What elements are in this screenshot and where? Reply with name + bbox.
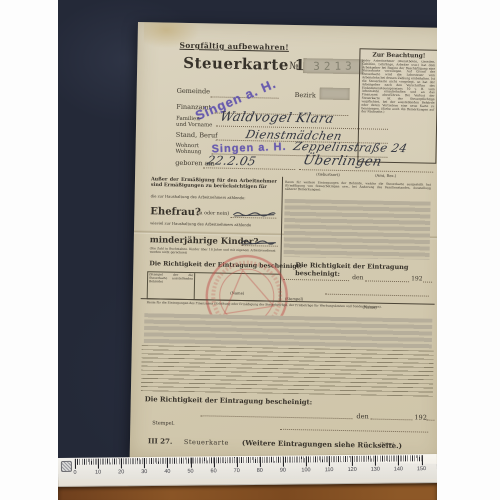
ruler-tick bbox=[144, 458, 145, 468]
card-number-label: № bbox=[289, 61, 299, 72]
card-number-value: 3213 bbox=[303, 59, 363, 73]
ruler-tick bbox=[190, 458, 191, 468]
year-label-right: 192 bbox=[411, 275, 423, 282]
ruler-number: 0 bbox=[68, 470, 82, 476]
ruler-tick bbox=[237, 457, 238, 467]
date-line-bottom-1 bbox=[200, 415, 352, 419]
den-label-bottom: den bbox=[356, 412, 368, 420]
ruler-scale: 0102030405060708090100110120130140150 bbox=[58, 454, 437, 487]
ruler-number: 120 bbox=[345, 467, 359, 473]
ruler-tick bbox=[329, 456, 330, 466]
ruler-tick bbox=[75, 459, 76, 469]
notice-body: Jeder Arbeitnehmer (Dienstboten, Geselle… bbox=[361, 59, 435, 115]
stempel-label-bottom: Stempel. bbox=[152, 420, 175, 426]
handwritten-strike-kinder bbox=[240, 238, 278, 247]
keep-note: Sorgfältig aufbewahren! bbox=[179, 41, 289, 52]
mid-left-intro: Außer der Ermäßigung für den Arbeitnehme… bbox=[151, 176, 277, 190]
ruler-tick bbox=[375, 456, 376, 466]
date-line-right-2 bbox=[365, 280, 409, 282]
form-number: III 27. bbox=[148, 436, 173, 445]
geboren-line-1 bbox=[203, 167, 295, 170]
field-label-name: Familien- und Vorname bbox=[176, 116, 213, 129]
ruler-tick bbox=[352, 456, 353, 466]
date-line-right-3 bbox=[423, 282, 432, 283]
ruler-number: 130 bbox=[368, 467, 382, 473]
ruler-tick bbox=[213, 457, 214, 467]
handwriting-name: Waldvogel Klara bbox=[218, 110, 335, 127]
signature-line-bottom bbox=[280, 429, 428, 433]
stampbox-note: (Stempel der die Steuerkarte ausstellend… bbox=[149, 273, 193, 284]
ruler-number: 100 bbox=[299, 467, 313, 473]
ruler-number: 60 bbox=[207, 468, 221, 474]
tax-card-document: Sorgfältig aufbewahren! Steuerkarte 1929… bbox=[130, 22, 437, 464]
ruler-tick bbox=[398, 455, 399, 465]
bezirk-box bbox=[320, 88, 350, 101]
ruler-tick bbox=[167, 458, 168, 468]
field-label-beruf: Stand, Beruf bbox=[176, 131, 218, 140]
ruler-tick bbox=[421, 455, 422, 465]
caption-geburtsort: (Geburtsort) bbox=[303, 172, 353, 177]
mid-left-sub2: wieviel zur Haushaltung des Arbeitnehmer… bbox=[150, 221, 276, 228]
den-label-right: den bbox=[352, 274, 363, 281]
ruler-number: 110 bbox=[322, 467, 336, 473]
date-line-bottom-2 bbox=[370, 419, 412, 421]
entries-block-shaded-bottom bbox=[144, 313, 433, 349]
ruler-tick bbox=[98, 459, 99, 469]
handwriting-geburtsdatum: 22.2.05 bbox=[206, 153, 258, 168]
caption-amt: (Amt, Bez.) bbox=[375, 174, 425, 179]
ruler-number: 30 bbox=[137, 469, 151, 475]
ruler-number: 70 bbox=[230, 468, 244, 474]
ruler-number: 40 bbox=[160, 469, 174, 475]
handwritten-strike-ehefrau bbox=[232, 210, 276, 219]
ruler-number: 20 bbox=[114, 469, 128, 475]
certify-bottom: Die Richtigkeit der Eintragung bescheini… bbox=[145, 395, 313, 406]
form-name: Steuerkarte bbox=[184, 437, 229, 446]
back-note: (Weitere Eintragungen siehe Rückseite.) bbox=[242, 438, 402, 450]
year-label-bottom: 192 bbox=[414, 413, 427, 421]
photo-background: Sorgfältig aufbewahren! Steuerkarte 1929… bbox=[58, 0, 437, 500]
field-label-gemeinde: Gemeinde bbox=[177, 87, 210, 96]
ruled-lines-block bbox=[141, 345, 434, 397]
card-number-box: 3213 bbox=[303, 58, 363, 74]
field-label-bezirk: Bezirk bbox=[295, 91, 316, 99]
ruler-tick bbox=[121, 458, 122, 468]
ruler-tick bbox=[260, 457, 261, 467]
ruler-tick bbox=[306, 456, 307, 466]
ruler-number: 10 bbox=[91, 470, 105, 476]
handwriting-geburtsort: Überlingen bbox=[302, 153, 384, 169]
ehefrau-note: (ja oder nein) bbox=[196, 211, 229, 217]
mid-right-header: Raum für weitere Eintragungen der Behörd… bbox=[285, 181, 431, 194]
date-line-right-1 bbox=[283, 279, 349, 281]
ruler-number: 150 bbox=[414, 466, 428, 472]
ruler-number: 140 bbox=[391, 466, 405, 472]
ruler-number: 80 bbox=[253, 468, 267, 474]
mid-left-sub1: die zur Haushaltung des Arbeitnehmers zä… bbox=[151, 194, 277, 201]
date-line-bottom-3 bbox=[426, 420, 434, 421]
entries-block-shaded-right bbox=[284, 199, 431, 260]
ruler: 0102030405060708090100110120130140150 bbox=[58, 454, 437, 487]
notice-heading: Zur Beachtung! bbox=[360, 51, 437, 59]
ruler-number: 50 bbox=[183, 469, 197, 475]
ehefrau-label: Ehefrau? bbox=[150, 206, 201, 218]
field-label-wohnort: Wohnort Wohnung bbox=[175, 143, 201, 156]
ruler-number: 90 bbox=[276, 468, 290, 474]
ruler-tick bbox=[283, 457, 284, 467]
